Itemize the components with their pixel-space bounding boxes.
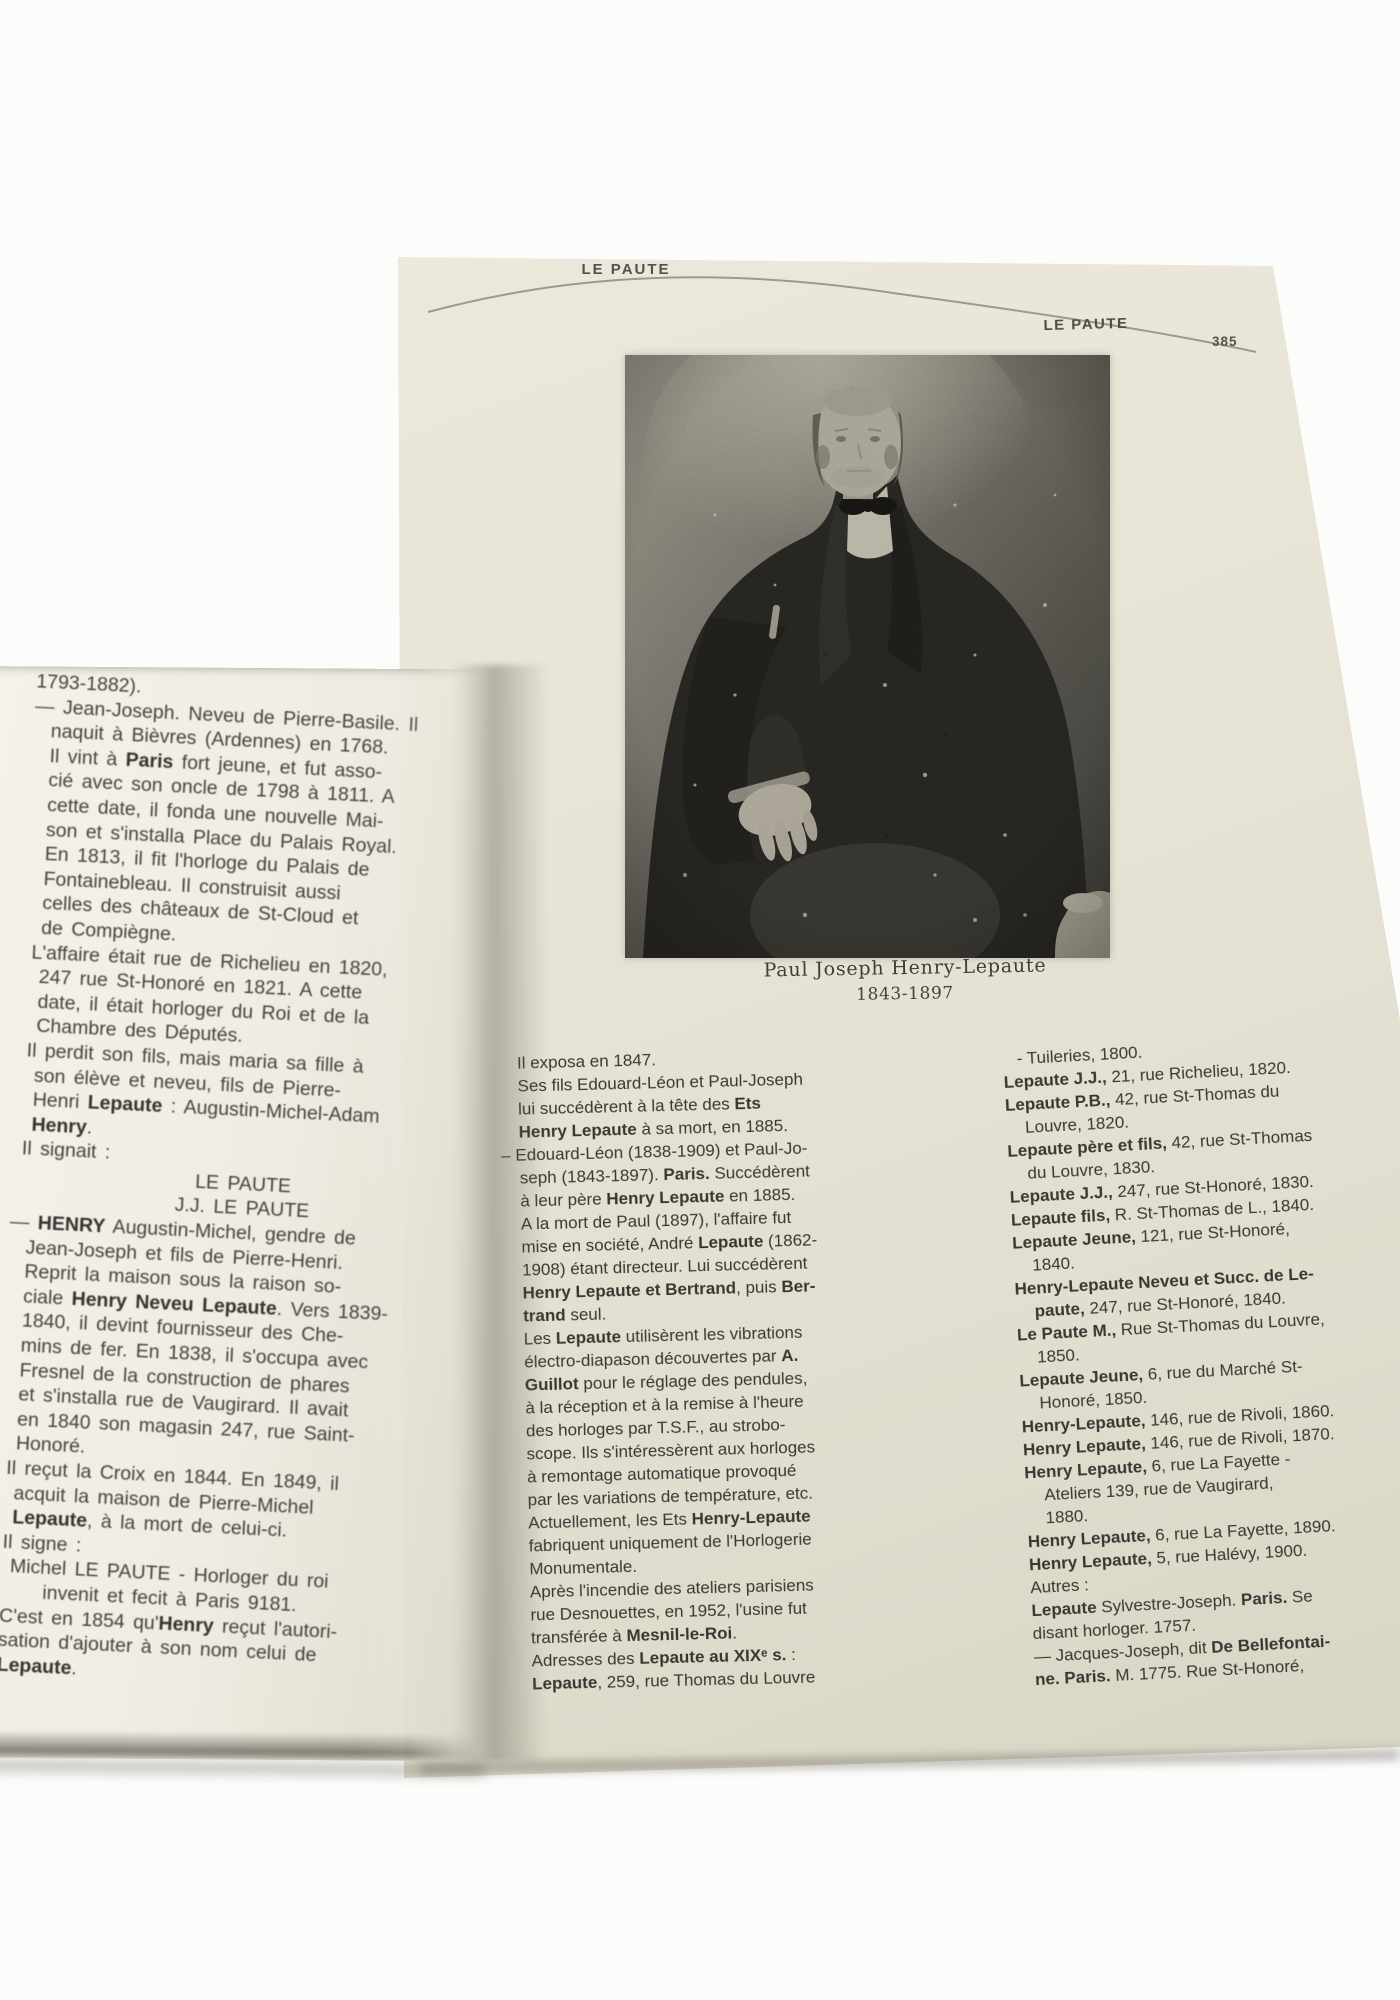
portrait-photo [625, 355, 1110, 958]
photo-caption-dates: 1843-1897 [655, 980, 1155, 1009]
photographed-book-spread: LE PAUTE LE PAUTE 385 [0, 0, 1400, 2000]
overlay-page-text: 1793-1882).— Jean-Joseph. Neveu de Pierr… [0, 669, 487, 1699]
page-number: 385 [1212, 334, 1238, 349]
running-title: LE PAUTE [1018, 314, 1154, 335]
text-column-right: - Tuileries, 1800.Lepaute J.J., 21, rue … [1002, 1027, 1400, 1691]
overlapping-page: 1793-1882).— Jean-Joseph. Neveu de Pierr… [0, 666, 487, 1761]
text-column-middle: Il exposa en 1847.Ses fils Edouard-Léon … [499, 1042, 938, 1696]
